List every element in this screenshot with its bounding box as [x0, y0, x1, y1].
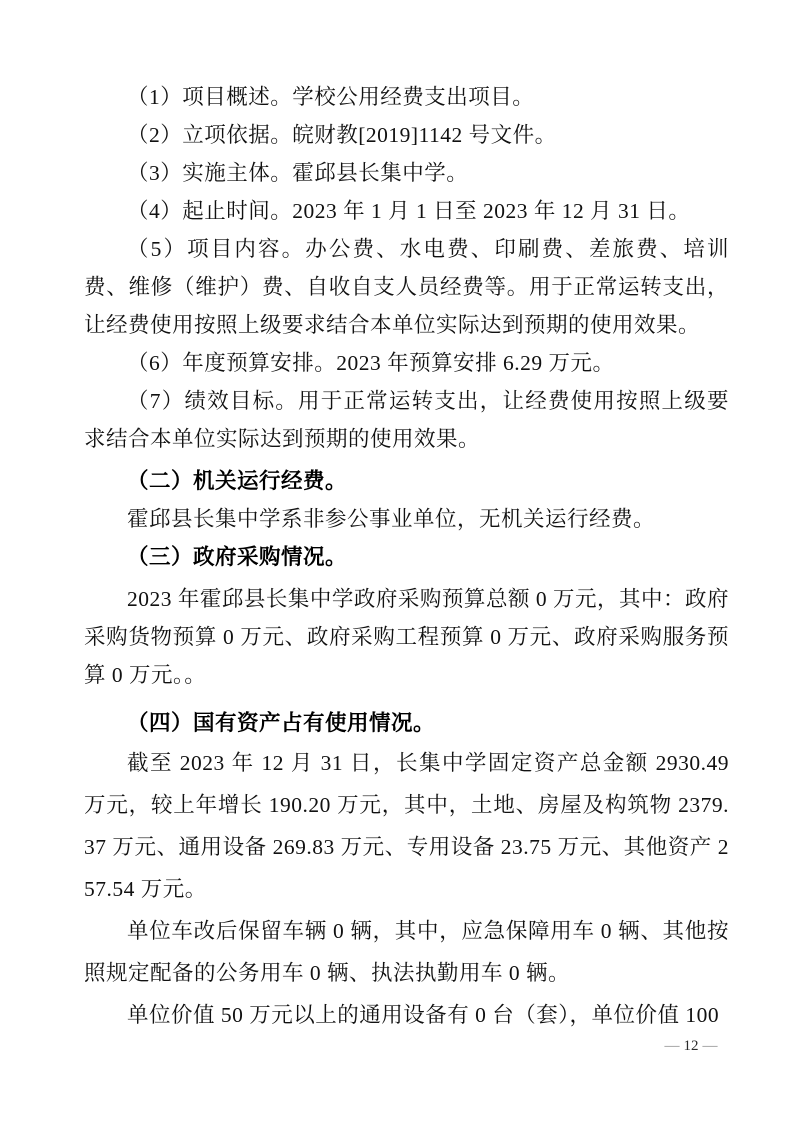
page-number: 12	[684, 1038, 699, 1054]
document-body: （1）项目概述。学校公用经费支出项目。 （2）立项依据。皖财教[2019]114…	[84, 78, 729, 1036]
paragraph-item-4: （4）起止时间。2023 年 1 月 1 日至 2023 年 12 月 31 日…	[84, 192, 729, 230]
section-heading-4: （四）国有资产占有使用情况。	[84, 704, 729, 742]
paragraph-item-7: （7）绩效目标。用于正常运转支出，让经费使用按照上级要求结合本单位实际达到预期的…	[84, 382, 729, 458]
paragraph-state-assets: 截至 2023 年 12 月 31 日，长集中学固定资产总金额 2930.49 …	[84, 742, 729, 910]
paragraph-item-2: （2）立项依据。皖财教[2019]1142 号文件。	[84, 116, 729, 154]
section-heading-2: （二）机关运行经费。	[84, 462, 729, 500]
paragraph-item-1: （1）项目概述。学校公用经费支出项目。	[84, 78, 729, 116]
footer-right-dash: —	[699, 1038, 722, 1054]
document-page: （1）项目概述。学校公用经费支出项目。 （2）立项依据。皖财教[2019]114…	[0, 0, 793, 1122]
paragraph-government-procurement: 2023 年霍邱县长集中学政府采购预算总额 0 万元，其中：政府采购货物预算 0…	[84, 580, 729, 694]
paragraph-vehicles: 单位车改后保留车辆 0 辆，其中，应急保障用车 0 辆、其他按照规定配备的公务用…	[84, 910, 729, 994]
footer-left-dash: —	[661, 1038, 684, 1054]
paragraph-item-6: （6）年度预算安排。2023 年预算安排 6.29 万元。	[84, 344, 729, 382]
paragraph-item-3: （3）实施主体。霍邱县长集中学。	[84, 154, 729, 192]
paragraph-equipment-value: 单位价值 50 万元以上的通用设备有 0 台（套），单位价值 100	[84, 994, 729, 1036]
paragraph-item-5: （5）项目内容。办公费、水电费、印刷费、差旅费、培训费、维修（维护）费、自收自支…	[84, 230, 729, 344]
section-heading-3: （三）政府采购情况。	[84, 538, 729, 576]
page-footer: —12—	[645, 1036, 737, 1056]
paragraph-agency-operating-funds: 霍邱县长集中学系非参公事业单位，无机关运行经费。	[84, 500, 729, 538]
